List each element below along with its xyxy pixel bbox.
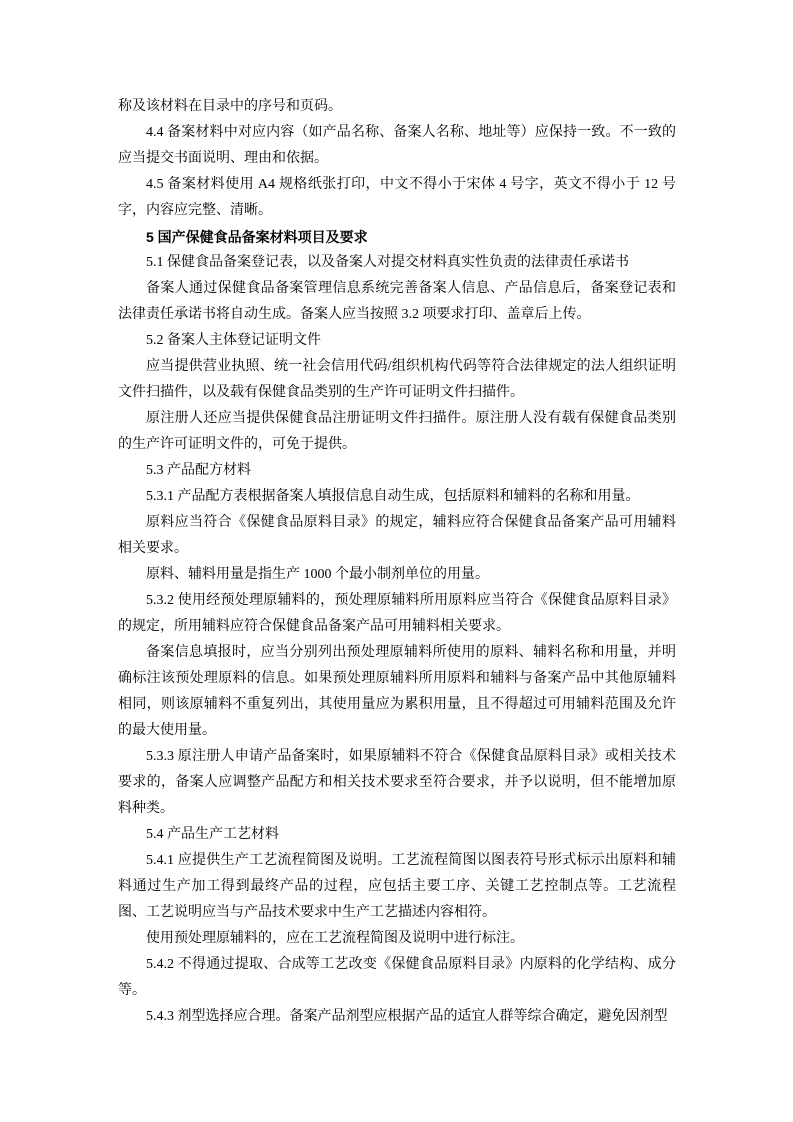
paragraph: 原料、辅料用量是指生产 1000 个最小制剂单位的用量。 — [118, 562, 676, 588]
paragraph: 使用预处理原辅料的，应在工艺流程简图及说明中进行标注。 — [118, 926, 676, 952]
paragraph: 备案人通过保健食品备案管理信息系统完善备案人信息、产品信息后，备案登记表和法律责… — [118, 276, 676, 328]
paragraph: 4.5 备案材料使用 A4 规格纸张打印，中文不得小于宋体 4 号字，英文不得小… — [118, 172, 676, 224]
paragraph: 5.3 产品配方材料 — [118, 458, 676, 484]
paragraph: 原注册人还应当提供保健食品注册证明文件扫描件。原注册人没有载有保健食品类别的生产… — [118, 406, 676, 458]
paragraph: 5.2 备案人主体登记证明文件 — [118, 328, 676, 354]
paragraph: 称及该材料在目录中的序号和页码。 — [118, 94, 676, 120]
paragraph: 4.4 备案材料中对应内容（如产品名称、备案人名称、地址等）应保持一致。不一致的… — [118, 120, 676, 172]
paragraph: 5.4.1 应提供生产工艺流程简图及说明。工艺流程简图以图表符号形式标示出原料和… — [118, 848, 676, 926]
paragraph: 原料应当符合《保健食品原料目录》的规定，辅料应符合保健食品备案产品可用辅料相关要… — [118, 510, 676, 562]
section-heading: 5 国产保健食品备案材料项目及要求 — [118, 224, 676, 250]
paragraph: 5.4.2 不得通过提取、合成等工艺改变《保健食品原料目录》内原料的化学结构、成… — [118, 952, 676, 1004]
paragraph: 5.4.3 剂型选择应合理。备案产品剂型应根据产品的适宜人群等综合确定，避免因剂… — [118, 1004, 676, 1030]
paragraph: 应当提供营业执照、统一社会信用代码/组织机构代码等符合法律规定的法人组织证明文件… — [118, 354, 676, 406]
paragraph: 5.3.3 原注册人申请产品备案时，如果原辅料不符合《保健食品原料目录》或相关技… — [118, 744, 676, 822]
paragraph: 5.4 产品生产工艺材料 — [118, 822, 676, 848]
paragraph: 5.3.1 产品配方表根据备案人填报信息自动生成，包括原料和辅料的名称和用量。 — [118, 484, 676, 510]
paragraph: 5.1 保健食品备案登记表，以及备案人对提交材料真实性负责的法律责任承诺书 — [118, 250, 676, 276]
document-page: 称及该材料在目录中的序号和页码。4.4 备案材料中对应内容（如产品名称、备案人名… — [0, 0, 793, 1122]
paragraph: 备案信息填报时，应当分别列出预处理原辅料所使用的原料、辅料名称和用量，并明确标注… — [118, 640, 676, 744]
paragraph: 5.3.2 使用经预处理原辅料的，预处理原辅料所用原料应当符合《保健食品原料目录… — [118, 588, 676, 640]
document-body: 称及该材料在目录中的序号和页码。4.4 备案材料中对应内容（如产品名称、备案人名… — [118, 94, 676, 1030]
